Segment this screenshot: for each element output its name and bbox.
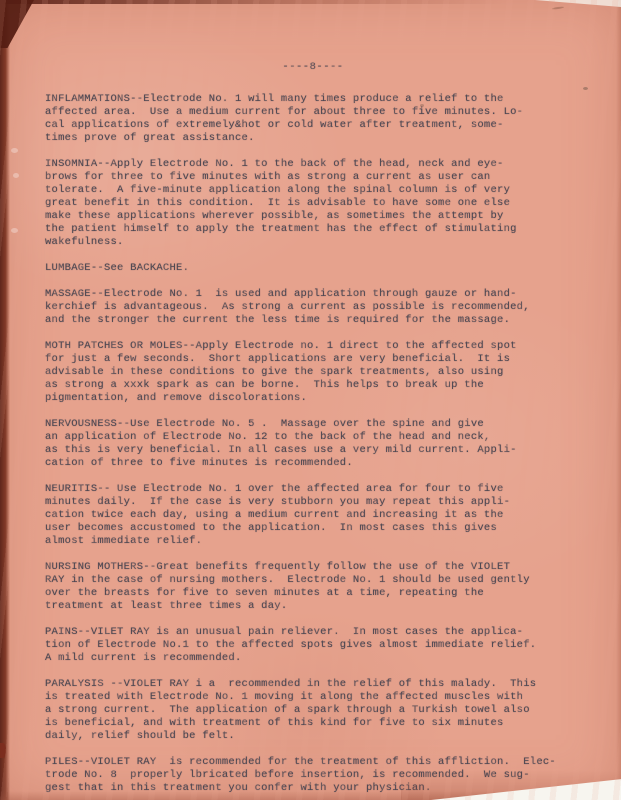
paragraph-nursing-mothers: NURSING MOTHERS--Great benefits frequent…	[45, 561, 581, 613]
paragraph-neuritis: NEURITIS-- Use Electrode No. 1 over the …	[45, 483, 581, 548]
paper-edge-right-shadow	[616, 0, 621, 800]
paper-pit	[13, 173, 19, 178]
paper-edge-top-shadow	[0, 0, 560, 4]
paper-corner-top-left-shadow	[0, 0, 34, 48]
paper-edge-left-shadow	[0, 0, 10, 800]
paper-pit	[11, 228, 18, 233]
paragraph-massage: MASSAGE--Electrode No. 1 is used and app…	[45, 288, 581, 327]
paper-pit	[11, 148, 18, 153]
typewritten-text-block: ----8---- INFLAMMATIONS--Electrode No. 1…	[45, 61, 581, 800]
paper-edge-red-mark	[0, 743, 6, 758]
scanned-page: ----8---- INFLAMMATIONS--Electrode No. 1…	[0, 0, 621, 800]
paper-speck	[583, 87, 588, 90]
paragraph-inflammations: INFLAMMATIONS--Electrode No. 1 will many…	[45, 93, 581, 145]
paragraph-insomnia: INSOMNIA--Apply Electrode No. 1 to the b…	[45, 158, 581, 249]
paper-speck	[552, 6, 564, 10]
paragraph-paralysis: PARALYSIS --VIOLET RAY i a recommended i…	[45, 678, 581, 743]
paragraph-nervousness: NERVOUSNESS--Use Electrode No. 5 . Massa…	[45, 418, 581, 470]
paper-speck	[420, 104, 424, 107]
paragraph-pains: PAINS--VILET RAY is an unusual pain reli…	[45, 626, 581, 665]
paragraph-moth-patches-or-moles: MOTH PATCHES OR MOLES--Apply Electrode n…	[45, 340, 581, 405]
page-number: ----8----	[45, 61, 581, 74]
paragraph-lumbago: LUMBAGE--See BACKACHE.	[45, 262, 581, 275]
